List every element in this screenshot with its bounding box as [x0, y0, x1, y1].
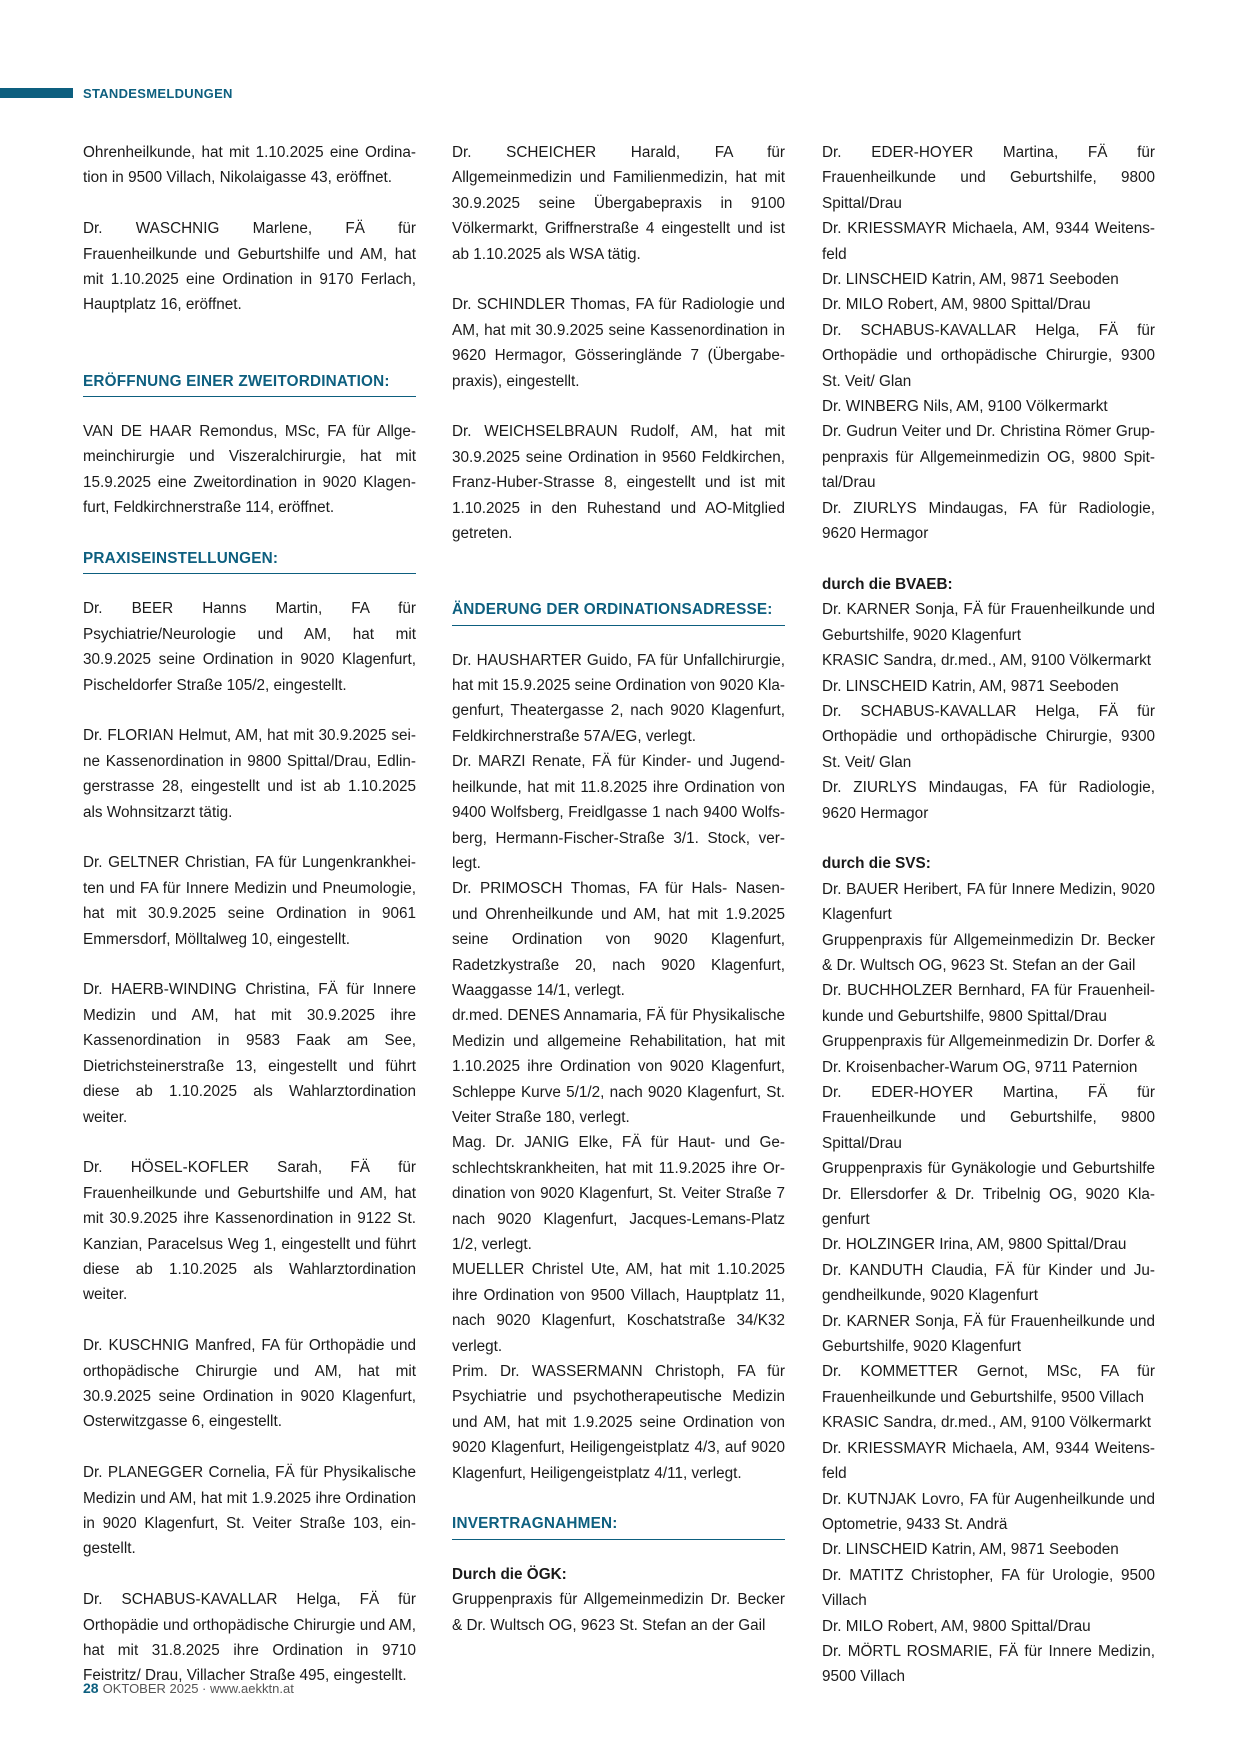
list-item: Dr. Gudrun Veiter und Dr. Christina Röme…	[822, 419, 1155, 495]
list-item: Gruppenpraxis für Allgemeinmedizin Dr. B…	[452, 1587, 785, 1638]
list-item: Dr. BAUER Heribert, FA für Innere Medizi…	[822, 877, 1155, 928]
list-item: Dr. SCHABUS-KAVALLAR Helga, FÄ für Ortho…	[822, 699, 1155, 775]
column-1: Ohrenheilkunde, hat mit 1.10.2025 eine O…	[83, 140, 416, 1714]
paragraph: Dr. FLORIAN Helmut, AM, hat mit 30.9.202…	[83, 723, 416, 825]
column-3: Dr. EDER-HOYER Martina, FÄ für Frauenhei…	[822, 140, 1155, 1690]
list-item: Gruppenpraxis für Gynäkologie und Geburt…	[822, 1156, 1155, 1232]
list-item: Dr. KARNER Sonja, FÄ für Frauenheilkunde…	[822, 1309, 1155, 1360]
list-item: Dr. LINSCHEID Katrin, AM, 9871 Seeboden	[822, 267, 1155, 292]
list-item: Dr. EDER-HOYER Martina, FÄ für Frauenhei…	[822, 1080, 1155, 1156]
paragraph: Dr. SCHABUS-KAVALLAR Helga, FÄ für Ortho…	[83, 1587, 416, 1689]
list-item: Mag. Dr. JANIG Elke, FÄ für Haut- und Ge…	[452, 1130, 785, 1257]
list-item: MUELLER Christel Ute, AM, hat mit 1.10.2…	[452, 1257, 785, 1359]
paragraph: Ohrenheilkunde, hat mit 1.10.2025 eine O…	[83, 140, 416, 191]
paragraph: Dr. KUSCHNIG Manfred, FA für Orthopädie …	[83, 1333, 416, 1435]
list-item: Dr. KUTNJAK Lovro, FA für Augenheilkunde…	[822, 1487, 1155, 1538]
section-accent-bar	[0, 88, 73, 98]
list-item: dr.med. DENES Annamaria, FÄ für Physikal…	[452, 1003, 785, 1130]
list-item: Dr. EDER-HOYER Martina, FÄ für Frauenhei…	[822, 140, 1155, 216]
list-item: Dr. KARNER Sonja, FÄ für Frauenheilkunde…	[822, 597, 1155, 648]
list-item: Dr. KANDUTH Claudia, FÄ für Kinder und J…	[822, 1258, 1155, 1309]
page-number: 28	[83, 1680, 99, 1696]
subheading-bvaeb: durch die BVAEB:	[822, 572, 1155, 597]
list-item: Dr. ZIURLYS Mindaugas, FA für Radiologie…	[822, 496, 1155, 547]
section-heading-adressaenderung: ÄNDERUNG DER ORDINATIONSADRESSE:	[452, 597, 785, 625]
section-heading-zweitordination: ERÖFFNUNG EINER ZWEITORDINATION:	[83, 369, 416, 397]
paragraph: Dr. HÖSEL-KOFLER Sarah, FÄ für Frauenhei…	[83, 1155, 416, 1307]
list-item: Dr. KRIESSMAYR Michaela, AM, 9344 Weiten…	[822, 216, 1155, 267]
list-item: Dr. SCHABUS-KAVALLAR Helga, FÄ für Ortho…	[822, 318, 1155, 394]
page-footer: 28OKTOBER 2025 · www.aekktn.at	[83, 1680, 294, 1696]
list-item: Dr. HAUSHARTER Guido, FA für Unfallchiru…	[452, 648, 785, 750]
section-label: STANDESMELDUNGEN	[83, 86, 233, 101]
list-item: Gruppenpraxis für Allgemeinmedizin Dr. B…	[822, 928, 1155, 979]
list-item: Gruppenpraxis für Allgemeinmedizin Dr. D…	[822, 1029, 1155, 1080]
paragraph: Dr. WASCHNIG Marlene, FÄ für Frauenheilk…	[83, 216, 416, 318]
section-heading-invertragnahmen: INVERTRAGNAHMEN:	[452, 1511, 785, 1539]
list-item: KRASIC Sandra, dr.med., AM, 9100 Völkerm…	[822, 1410, 1155, 1435]
list-item: Dr. PRIMOSCH Thomas, FA für Hals- Nasen-…	[452, 876, 785, 1003]
list-item: Dr. LINSCHEID Katrin, AM, 9871 Seeboden	[822, 1537, 1155, 1562]
column-2: Dr. SCHEICHER Harald, FA für Allgemeinme…	[452, 140, 785, 1638]
list-item: Dr. KOMMETTER Gernot, MSc, FA für Frauen…	[822, 1359, 1155, 1410]
paragraph: Dr. WEICHSELBRAUN Rudolf, AM, hat mit 30…	[452, 419, 785, 546]
paragraph: Dr. PLANEGGER Cornelia, FÄ für Physikali…	[83, 1460, 416, 1562]
list-item: Dr. MATITZ Christopher, FA für Urologie,…	[822, 1563, 1155, 1614]
list-item: Dr. ZIURLYS Mindaugas, FA für Radiologie…	[822, 775, 1155, 826]
paragraph: Dr. BEER Hanns Martin, FA für Psychiatri…	[83, 596, 416, 698]
list-item: Dr. MILO Robert, AM, 9800 Spittal/Drau	[822, 1614, 1155, 1639]
list-item: Dr. LINSCHEID Katrin, AM, 9871 Seeboden	[822, 674, 1155, 699]
list-item: Dr. WINBERG Nils, AM, 9100 Völkermarkt	[822, 394, 1155, 419]
paragraph: Dr. GELTNER Christian, FA für Lungenkran…	[83, 850, 416, 952]
paragraph: Dr. HAERB-WINDING Christina, FÄ für Inne…	[83, 977, 416, 1129]
issue-info: OKTOBER 2025 · www.aekktn.at	[103, 1681, 294, 1696]
list-item: KRASIC Sandra, dr.med., AM, 9100 Völkerm…	[822, 648, 1155, 673]
subheading-svs: durch die SVS:	[822, 851, 1155, 876]
list-item: Dr. MILO Robert, AM, 9800 Spittal/Drau	[822, 292, 1155, 317]
list-item: Dr. MÖRTL ROSMARIE, FÄ für Innere Medizi…	[822, 1639, 1155, 1690]
paragraph: Dr. SCHEICHER Harald, FA für Allgemeinme…	[452, 140, 785, 267]
list-item: Dr. BUCHHOLZER Bernhard, FA für Frauenhe…	[822, 978, 1155, 1029]
list-item: Dr. MARZI Renate, FÄ für Kinder- und Jug…	[452, 749, 785, 876]
list-item: Dr. HOLZINGER Irina, AM, 9800 Spittal/Dr…	[822, 1232, 1155, 1257]
list-item: Dr. KRIESSMAYR Michaela, AM, 9344 Weiten…	[822, 1436, 1155, 1487]
paragraph: Dr. SCHINDLER Thomas, FA für Radiologie …	[452, 292, 785, 394]
section-heading-praxiseinstellungen: PRAXISEINSTELLUNGEN:	[83, 546, 416, 574]
list-item: Prim. Dr. WASSERMANN Christoph, FA für P…	[452, 1359, 785, 1486]
paragraph: VAN DE HAAR Remondus, MSc, FA für Allge­…	[83, 419, 416, 521]
subheading-oegk: Durch die ÖGK:	[452, 1562, 785, 1587]
